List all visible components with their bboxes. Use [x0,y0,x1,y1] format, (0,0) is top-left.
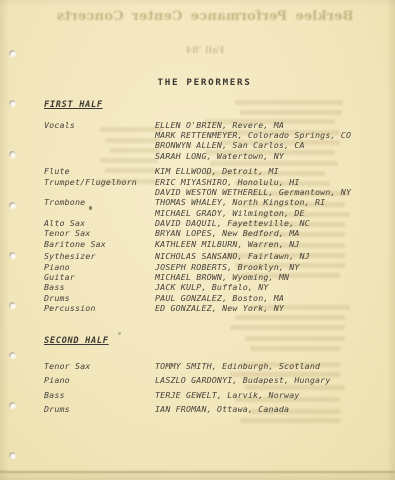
performer-row: Baritone SaxKATHLEEN MILBURN, Warren, NJ [44,239,384,249]
section-heading: FIRST HALF [44,100,384,110]
instrument-label: Bass [44,390,155,400]
instrument-label: Vocals [44,120,155,130]
ink-speck [89,206,92,210]
instrument-label: Bass [44,282,155,292]
performer-row: VocalsELLEN O'BRIEN, Revere, MAMARK RETT… [44,120,384,161]
performer-name: SARAH LONG, Watertown, NY [155,151,384,161]
performer-names: JOSEPH ROBERTS, Brooklyn, NY [155,262,384,272]
performer-names: PAUL GONZALEZ, Boston, MA [155,293,384,303]
performer-name: ELLEN O'BRIEN, Revere, MA [155,120,384,130]
punch-hole [9,452,16,459]
performer-names: MICHAEL BROWN, Wyoming, MN [155,272,384,282]
performer-row: BassJACK KULP, Buffalo, NY [44,282,384,292]
section-second-half: SECOND HALFTenor SaxTOMMY SMITH, Edinbur… [44,336,384,414]
ink-speck [118,332,121,335]
performer-names: IAN FROMAN, Ottawa, Canada [155,404,384,414]
instrument-label: Drums [44,404,155,414]
instrument-group: SythesizerNICHOLAS SANSANO, Fairlawn, NJ… [44,251,384,313]
performer-name: JACK KULP, Buffalo, NY [155,282,384,292]
bleedthrough-header: Berklee Performance Center Concerts [50,9,360,24]
instrument-label: Tenor Sax [44,361,155,371]
performer-name: ED GONZALEZ, New York, NY [155,303,384,313]
performer-names: KIM ELLWOOD, Detroit, MI [155,166,384,176]
instrument-label: Piano [44,262,155,272]
performer-names: THOMAS WHALEY, North Kingston, RIMICHAEL… [155,197,384,218]
performer-name: BRYAN LOPES, New Bedford, MA [155,228,384,238]
instrument-label: Percussion [44,303,155,313]
instrument-label: Sythesizer [44,251,155,261]
bleedthrough-subheader: Fall '84 [50,45,360,56]
section-first-half: FIRST HALFVocalsELLEN O'BRIEN, Revere, M… [44,100,384,313]
performer-name: MICHAEL GRADY, Wilmington, DE [155,208,384,218]
performer-listing: FIRST HALFVocalsELLEN O'BRIEN, Revere, M… [44,100,384,418]
instrument-label: Tenor Sax [44,228,155,238]
performer-names: TOMMY SMITH, Edinburgh, Scotland [155,361,384,371]
performer-name: ERIC MIYASHIRO, Honolulu, HI [155,177,384,187]
performer-name: THOMAS WHALEY, North Kingston, RI [155,197,384,207]
performer-name: TERJE GEWELT, Larvik, Norway [155,390,384,400]
paper-bottom-edge [0,471,395,473]
performer-row: PianoLASZLO GARDONYI, Budapest, Hungary [44,375,384,385]
performer-name: DAVID WESTON WETHERELL, Germantown, NY [155,187,384,197]
instrument-group: VocalsELLEN O'BRIEN, Revere, MAMARK RETT… [44,120,384,161]
instrument-label: Trumpet/Flugelhorn [44,177,155,187]
punch-hole [9,402,16,409]
performer-names: ELLEN O'BRIEN, Revere, MAMARK RETTENMEYE… [155,120,384,161]
performer-name: MARK RETTENMEYER, Colorado Springs, CO [155,130,384,140]
performer-row: Tenor SaxTOMMY SMITH, Edinburgh, Scotlan… [44,361,384,371]
performer-name: IAN FROMAN, Ottawa, Canada [155,404,384,414]
performer-name: BRONWYN ALLEN, San Carlos, CA [155,140,384,150]
performer-names: LASZLO GARDONYI, Budapest, Hungary [155,375,384,385]
performer-names: ED GONZALEZ, New York, NY [155,303,384,313]
punch-hole [9,252,16,259]
performer-row: GuitarMICHAEL BROWN, Wyoming, MN [44,272,384,282]
performer-names: KATHLEEN MILBURN, Warren, NJ [155,239,384,249]
performer-names: BRYAN LOPES, New Bedford, MA [155,228,384,238]
section-heading: SECOND HALF [44,336,384,346]
instrument-label: Drums [44,293,155,303]
performer-name: NICHOLAS SANSANO, Fairlawn, NJ [155,251,384,261]
punch-hole [9,50,16,57]
performer-name: JOSEPH ROBERTS, Brooklyn, NY [155,262,384,272]
instrument-label: Guitar [44,272,155,282]
performer-names: JACK KULP, Buffalo, NY [155,282,384,292]
instrument-label: Alto Sax [44,218,155,228]
performer-row: PianoJOSEPH ROBERTS, Brooklyn, NY [44,262,384,272]
punch-hole [9,100,16,107]
performer-name: MICHAEL BROWN, Wyoming, MN [155,272,384,282]
punch-hole [9,151,16,158]
performer-names: ERIC MIYASHIRO, Honolulu, HIDAVID WESTON… [155,177,384,198]
performer-name: KIM ELLWOOD, Detroit, MI [155,166,384,176]
instrument-label: Piano [44,375,155,385]
performer-row: SythesizerNICHOLAS SANSANO, Fairlawn, NJ [44,251,384,261]
instrument-label: Baritone Sax [44,239,155,249]
bleedthrough-line [240,418,340,423]
punch-hole [9,302,16,309]
instrument-group: Tenor SaxTOMMY SMITH, Edinburgh, Scotlan… [44,361,384,414]
performer-row: DrumsPAUL GONZALEZ, Boston, MA [44,293,384,303]
performer-row: Tenor SaxBRYAN LOPES, New Bedford, MA [44,228,384,238]
instrument-group: FluteKIM ELLWOOD, Detroit, MITrumpet/Flu… [44,166,384,248]
instrument-label: Flute [44,166,155,176]
performer-name: DAVID DAQUIL, Fayetteville, NC [155,218,384,228]
performer-row: Alto SaxDAVID DAQUIL, Fayetteville, NC [44,218,384,228]
punch-hole [9,202,16,209]
page-title: THE PERORMERS [14,77,395,88]
performer-row: Trumpet/FlugelhornERIC MIYASHIRO, Honolu… [44,177,384,198]
instrument-label: Trombone [44,197,155,207]
scanned-program-page: Berklee Performance Center Concerts Fall… [0,0,395,480]
performer-names: TERJE GEWELT, Larvik, Norway [155,390,384,400]
performer-row: DrumsIAN FROMAN, Ottawa, Canada [44,404,384,414]
performer-row: BassTERJE GEWELT, Larvik, Norway [44,390,384,400]
performer-names: DAVID DAQUIL, Fayetteville, NC [155,218,384,228]
punch-hole [9,352,16,359]
performer-name: PAUL GONZALEZ, Boston, MA [155,293,384,303]
performer-name: LASZLO GARDONYI, Budapest, Hungary [155,375,384,385]
performer-row: PercussionED GONZALEZ, New York, NY [44,303,384,313]
performer-row: FluteKIM ELLWOOD, Detroit, MI [44,166,384,176]
performer-name: TOMMY SMITH, Edinburgh, Scotland [155,361,384,371]
performer-name: KATHLEEN MILBURN, Warren, NJ [155,239,384,249]
performer-row: TromboneTHOMAS WHALEY, North Kingston, R… [44,197,384,218]
performer-names: NICHOLAS SANSANO, Fairlawn, NJ [155,251,384,261]
